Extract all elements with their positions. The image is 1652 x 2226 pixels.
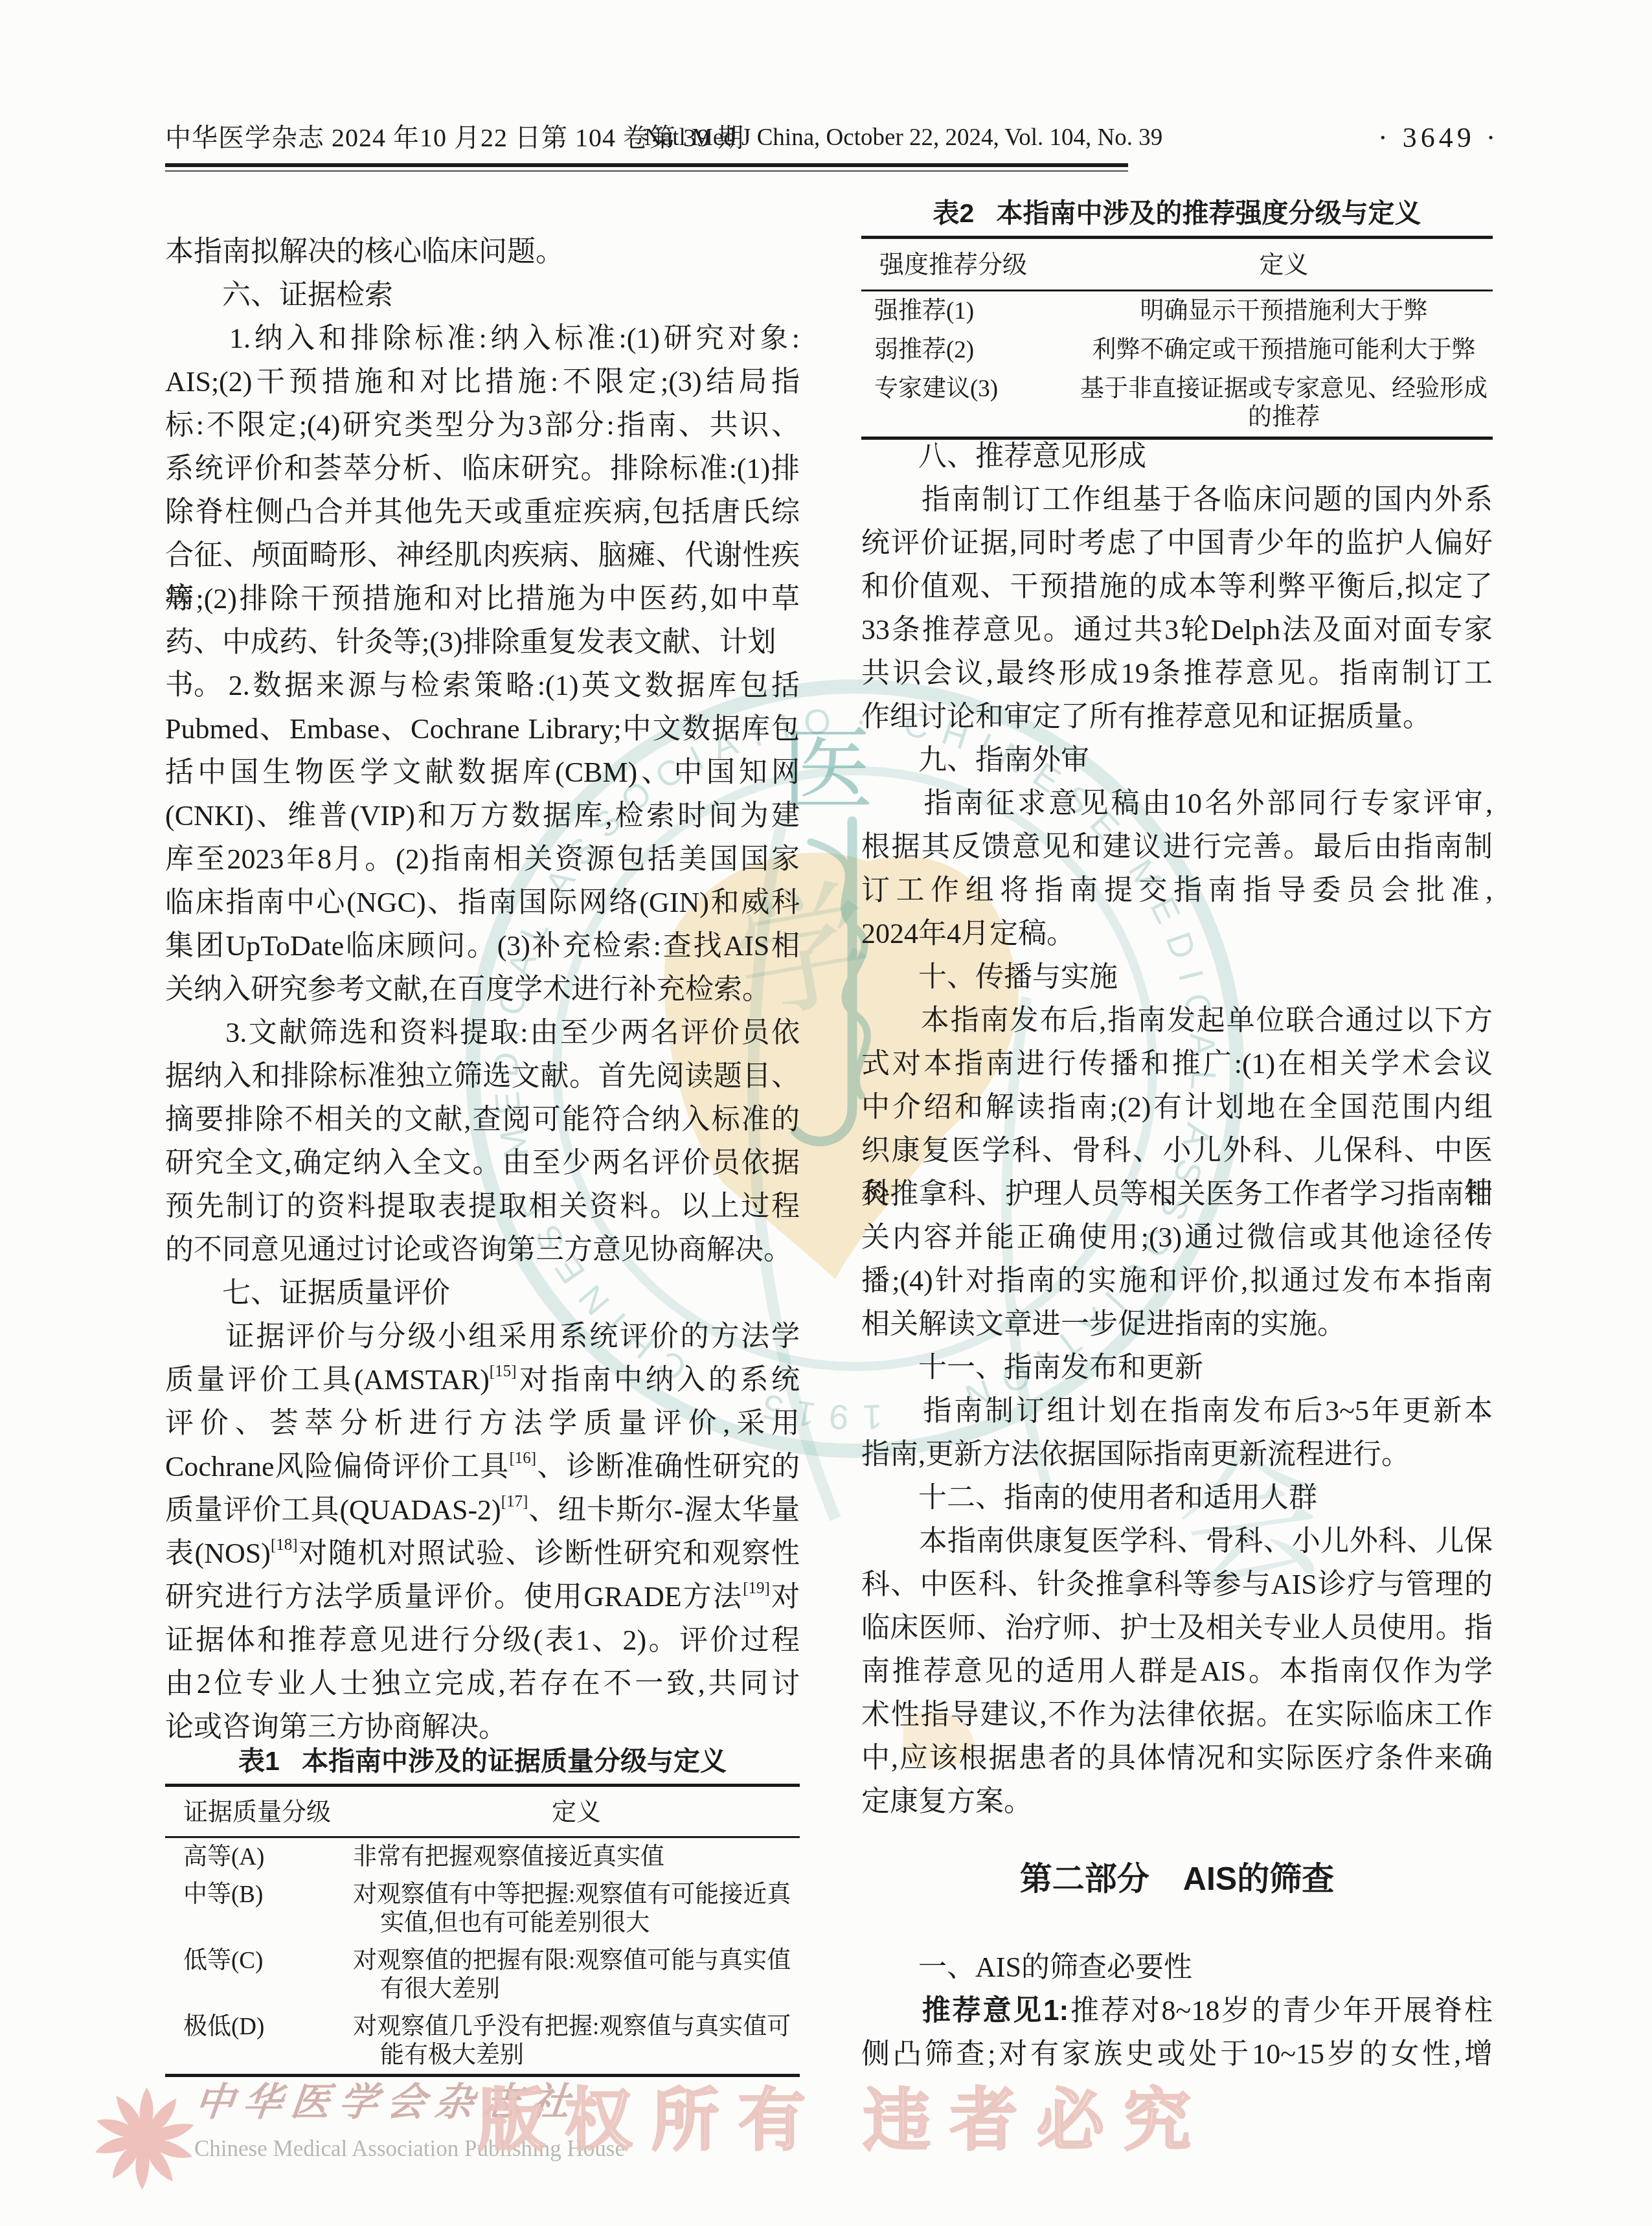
text-line: 关内容并能正确使用;(3)通过微信或其他途径传: [861, 1216, 1493, 1260]
section-heading-title: AIS的筛查: [1183, 1861, 1334, 1897]
text-line: 药、中成药、针灸等;(3)排除重复发表文献、计划书。: [165, 621, 800, 664]
table2-title: 表2本指南中涉及的推荐强度分级与定义: [861, 194, 1493, 236]
table-row: 中等(B)对观察值有中等把握:观察值有可能接近真实值,但也有可能差别很大: [165, 1876, 800, 1942]
text-line: 集团UpToDate临床顾问。(3)补充检索:查找AIS相: [165, 925, 800, 968]
text-line: 中介绍和解读指南;(2)有计划地在全国范围内组: [861, 1086, 1493, 1130]
definition-cell: 基于非直接证据或专家意见、经验形成的推荐: [1075, 375, 1493, 432]
text-line: 除脊柱侧凸合并其他先天或重症疾病,包括唐氏综: [165, 491, 800, 534]
header-rule-thick: [165, 163, 1128, 167]
text-line: 七、证据质量评价: [165, 1272, 800, 1315]
text-line: 根据其反馈意见和建议进行完善。最后由指南制: [861, 826, 1493, 869]
reference-superscript: [19]: [743, 1580, 770, 1597]
text-line: 1.纳入和排除标准:纳入标准:(1)研究对象:: [165, 317, 800, 361]
text-line: 合征、颅面畸形、神经肌肉疾病、脑瘫、代谢性疾病: [165, 534, 800, 578]
reference-superscript: [16]: [509, 1449, 536, 1467]
text-line: 中,应该根据患者的具体情况和实际医疗条件来确: [861, 1737, 1493, 1780]
text-line: AIS;(2)干预措施和对比措施:不限定;(3)结局指: [165, 361, 800, 404]
text-line: 灸推拿科、护理人员等相关医务工作者学习指南相: [861, 1173, 1493, 1216]
grade-cell: 专家建议(3): [861, 375, 1075, 432]
table-row: 低等(C)对观察值的把握有限:观察值可能与真实值有很大差别: [165, 1942, 800, 2008]
text-line: 定康复方案。: [861, 1780, 1493, 1824]
page-number: · 3649 ·: [1378, 122, 1499, 154]
text-line: 据纳入和排除标准独立筛选文献。首先阅读题目、: [165, 1055, 800, 1098]
text-line: 由2位专业人士独立完成,若存在不一致,共同讨: [165, 1663, 800, 1706]
text-line: 订工作组将指南提交指南指导委员会批准,: [861, 869, 1493, 913]
recommendation-lead: 推荐意见1:: [922, 1995, 1069, 2027]
text-line: 推荐意见1:推荐对8~18岁的青少年开展脊柱: [861, 1990, 1493, 2033]
table1-header-row: 证据质量分级 定义: [165, 1787, 800, 1838]
table2-title-text: 本指南中涉及的推荐强度分级与定义: [996, 198, 1421, 228]
text-line: 指南制订组计划在指南发布后3~5年更新本: [861, 1390, 1493, 1433]
table1-col2-header: 定义: [353, 1797, 800, 1827]
text-line: 摘要排除不相关的文献,查阅可能符合纳入标准的: [165, 1098, 800, 1142]
text-line: 式对本指南进行传播和推广:(1)在相关学术会议: [861, 1043, 1493, 1086]
reference-superscript: [15]: [490, 1363, 517, 1380]
table-evidence-quality: 表1本指南中涉及的证据质量分级与定义 证据质量分级 定义 高等(A)非常有把握观…: [165, 1742, 800, 2077]
table2-header-row: 强度推荐分级 定义: [861, 239, 1493, 291]
text-line: 播;(4)针对指南的实施和评价,拟通过发布本指南: [861, 1260, 1493, 1303]
reference-superscript: [17]: [501, 1493, 528, 1510]
text-line: 质量评价工具(QUADAS-2)[17]、纽卡斯尔-渥太华量: [165, 1489, 800, 1532]
text-line: (CNKI)、维普(VIP)和万方数据库,检索时间为建: [165, 795, 800, 838]
text-line: 证据评价与分级小组采用系统评价的方法学: [165, 1315, 800, 1359]
text-line: 评价、荟萃分析进行方法学质量评价,采用: [165, 1402, 800, 1446]
definition-cell: 对观察值的把握有限:观察值可能与真实值有很大差别: [353, 1947, 800, 2004]
table1-title: 表1本指南中涉及的证据质量分级与定义: [165, 1742, 800, 1784]
text-line: 的不同意见通过讨论或咨询第三方意见协商解决。: [165, 1229, 800, 1272]
text-line: 3.文献筛选和资料提取:由至少两名评价员依: [165, 1012, 800, 1055]
text-line: 共识会议,最终形成19条推荐意见。指南制订工: [861, 652, 1493, 696]
right-column-text-upper: 八、推荐意见形成 指南制订工作组基于各临床问题的国内外系统评价证据,同时考虑了中…: [861, 435, 1493, 1824]
text-line: 33条推荐意见。通过共3轮Delph法及面对面专家: [861, 609, 1493, 652]
grade-cell: 高等(A): [165, 1843, 353, 1872]
table1-rows: 高等(A)非常有把握观察值接近真实值中等(B)对观察值有中等把握:观察值有可能接…: [165, 1838, 800, 2074]
table-row: 专家建议(3)基于非直接证据或专家意见、经验形成的推荐: [861, 369, 1493, 437]
definition-cell: 利弊不确定或干预措施可能利大于弊: [1075, 336, 1493, 365]
table-row: 极低(D)对观察值几乎没有把握:观察值与真实值可能有极大差别: [165, 2008, 800, 2074]
text-line: 标:不限定;(4)研究类型分为3部分:指南、共识、: [165, 404, 800, 448]
text-line: 一、AIS的筛查必要性: [861, 1946, 1493, 1990]
text-line: 十、传播与实施: [861, 956, 1493, 999]
table-recommendation-strength: 表2本指南中涉及的推荐强度分级与定义 强度推荐分级 定义 强推荐(1)明确显示干…: [861, 194, 1493, 440]
right-column-text-lower: 一、AIS的筛查必要性 推荐意见1:推荐对8~18岁的青少年开展脊柱侧凸筛查;对…: [861, 1946, 1493, 2076]
text-line: Cochrane风险偏倚评价工具[16]、诊断准确性研究的: [165, 1446, 800, 1489]
text-line: 相关解读文章进一步促进指南的实施。: [861, 1303, 1493, 1346]
copyright-watermark: 版权所有 违者必究: [478, 2066, 1210, 2163]
journal-page: · CHINESE MEDICAL ASSOCIATION · 1915 · C…: [0, 0, 1652, 2226]
text-line: 南推荐意见的适用人群是AIS。本指南仅作为学: [861, 1650, 1493, 1694]
text-line: 2024年4月定稿。: [861, 913, 1493, 956]
definition-cell: 明确显示干预措施利大于弊: [1075, 297, 1493, 326]
definition-cell: 对观察值几乎没有把握:观察值与真实值可能有极大差别: [353, 2013, 800, 2070]
grade-cell: 极低(D): [165, 2013, 353, 2070]
text-line: 证据体和推荐意见进行分级(表1、2)。评价过程: [165, 1619, 800, 1663]
table2-body: 强度推荐分级 定义 强推荐(1)明确显示干预措施利大于弊弱推荐(2)利弊不确定或…: [861, 236, 1493, 440]
text-line: 质量评价工具(AMSTAR)[15]对指南中纳入的系统: [165, 1359, 800, 1402]
text-line: 侧凸筛查;对有家族史或处于10~15岁的女性,增: [861, 2033, 1493, 2076]
table-row: 弱推荐(2)利弊不确定或干预措施可能利大于弊: [861, 330, 1493, 369]
journal-title-en: Natl Med J China, October 22, 2024, Vol.…: [644, 122, 1162, 154]
text-line: 十二、指南的使用者和适用人群: [861, 1477, 1493, 1520]
text-line: 术性指导建议,不作为法律依据。在实际临床工作: [861, 1694, 1493, 1737]
table1-col1-header: 证据质量分级: [165, 1797, 353, 1827]
text-line: 临床指南中心(NGC)、指南国际网络(GIN)和威科: [165, 881, 800, 925]
text-line: 六、证据检索: [165, 274, 800, 317]
staff-snake-icon: [795, 821, 867, 1141]
text-line: 关纳入研究参考文献,在百度学术进行补充检索。: [165, 968, 800, 1012]
text-line: 研究进行方法学质量评价。使用GRADE方法[19]对: [165, 1576, 800, 1619]
table1-label: 表1: [238, 1746, 280, 1776]
grade-cell: 强推荐(1): [861, 297, 1075, 326]
text-line: 指南制订工作组基于各临床问题的国内外系: [861, 479, 1493, 522]
text-line: 本指南拟解决的核心临床问题。: [165, 231, 800, 274]
reference-superscript: [18]: [271, 1536, 298, 1554]
table1-title-text: 本指南中涉及的证据质量分级与定义: [302, 1746, 727, 1776]
definition-cell: 非常有把握观察值接近真实值: [353, 1843, 800, 1872]
section-heading-part-label: 第二部分: [1020, 1861, 1149, 1897]
text-line: 表(NOS)[18]对随机对照试验、诊断性研究和观察性: [165, 1532, 800, 1576]
grade-cell: 低等(C): [165, 1947, 353, 2004]
table-row: 高等(A)非常有把握观察值接近真实值: [165, 1838, 800, 1876]
text-line: 八、推荐意见形成: [861, 435, 1493, 479]
definition-cell: 对观察值有中等把握:观察值有可能接近真实值,但也有可能差别很大: [353, 1881, 800, 1938]
text-line: 十一、指南发布和更新: [861, 1346, 1493, 1390]
text-line: 指南,更新方法依据国际指南更新流程进行。: [861, 1433, 1493, 1477]
text-line: 本指南供康复医学科、骨科、小儿外科、儿保: [861, 1520, 1493, 1563]
text-line: 等;(2)排除干预措施和对比措施为中医药,如中草: [165, 578, 800, 621]
table-row: 强推荐(1)明确显示干预措施利大于弊: [861, 291, 1493, 330]
table2-col1-header: 强度推荐分级: [861, 251, 1075, 279]
text-line: 库至2023年8月。(2)指南相关资源包括美国国家: [165, 838, 800, 881]
text-line: 统评价证据,同时考虑了中国青少年的监护人偏好: [861, 522, 1493, 565]
table1-body: 证据质量分级 定义 高等(A)非常有把握观察值接近真实值中等(B)对观察值有中等…: [165, 1784, 800, 2077]
text-line: 九、指南外审: [861, 739, 1493, 782]
text-line: 2.数据来源与检索策略:(1)英文数据库包括: [165, 664, 800, 708]
text-line: 作组讨论和审定了所有推荐意见和证据质量。: [861, 696, 1493, 739]
table2-col2-header: 定义: [1075, 251, 1493, 279]
table2-rows: 强推荐(1)明确显示干预措施利大于弊弱推荐(2)利弊不确定或干预措施可能利大于弊…: [861, 291, 1493, 437]
section-heading-part2: 第二部分AIS的筛查: [861, 1854, 1493, 1904]
text-line: 括中国生物医学文献数据库(CBM)、中国知网: [165, 751, 800, 795]
text-line: 和价值观、干预措施的成本等利弊平衡后,拟定了: [861, 565, 1493, 609]
text-line: 织康复医学科、骨科、小儿外科、儿保科、中医科、针: [861, 1130, 1493, 1173]
text-line: 科、中医科、针灸推拿科等参与AIS诊疗与管理的: [861, 1563, 1493, 1607]
left-column-text: 本指南拟解决的核心临床问题。 六、证据检索 1.纳入和排除标准:纳入标准:(1)…: [165, 231, 800, 1749]
publisher-logo-swirl: [89, 2074, 199, 2203]
text-line: 临床医师、治疗师、护士及相关专业人员使用。指: [861, 1607, 1493, 1650]
text-line: 研究全文,确定纳入全文。由至少两名评价员依据: [165, 1142, 800, 1185]
grade-cell: 弱推荐(2): [861, 336, 1075, 365]
text-line: 本指南发布后,指南发起单位联合通过以下方: [861, 999, 1493, 1043]
text-line: 系统评价和荟萃分析、临床研究。排除标准:(1)排: [165, 448, 800, 491]
text-line: 指南征求意见稿由10名外部同行专家评审,: [861, 782, 1493, 826]
table2-label: 表2: [933, 198, 975, 228]
text-line: Pubmed、Embase、Cochrane Library;中文数据库包: [165, 708, 800, 751]
text-line: 预先制订的资料提取表提取相关资料。以上过程: [165, 1185, 800, 1229]
header-rule-thin: [165, 170, 1128, 172]
grade-cell: 中等(B): [165, 1881, 353, 1938]
